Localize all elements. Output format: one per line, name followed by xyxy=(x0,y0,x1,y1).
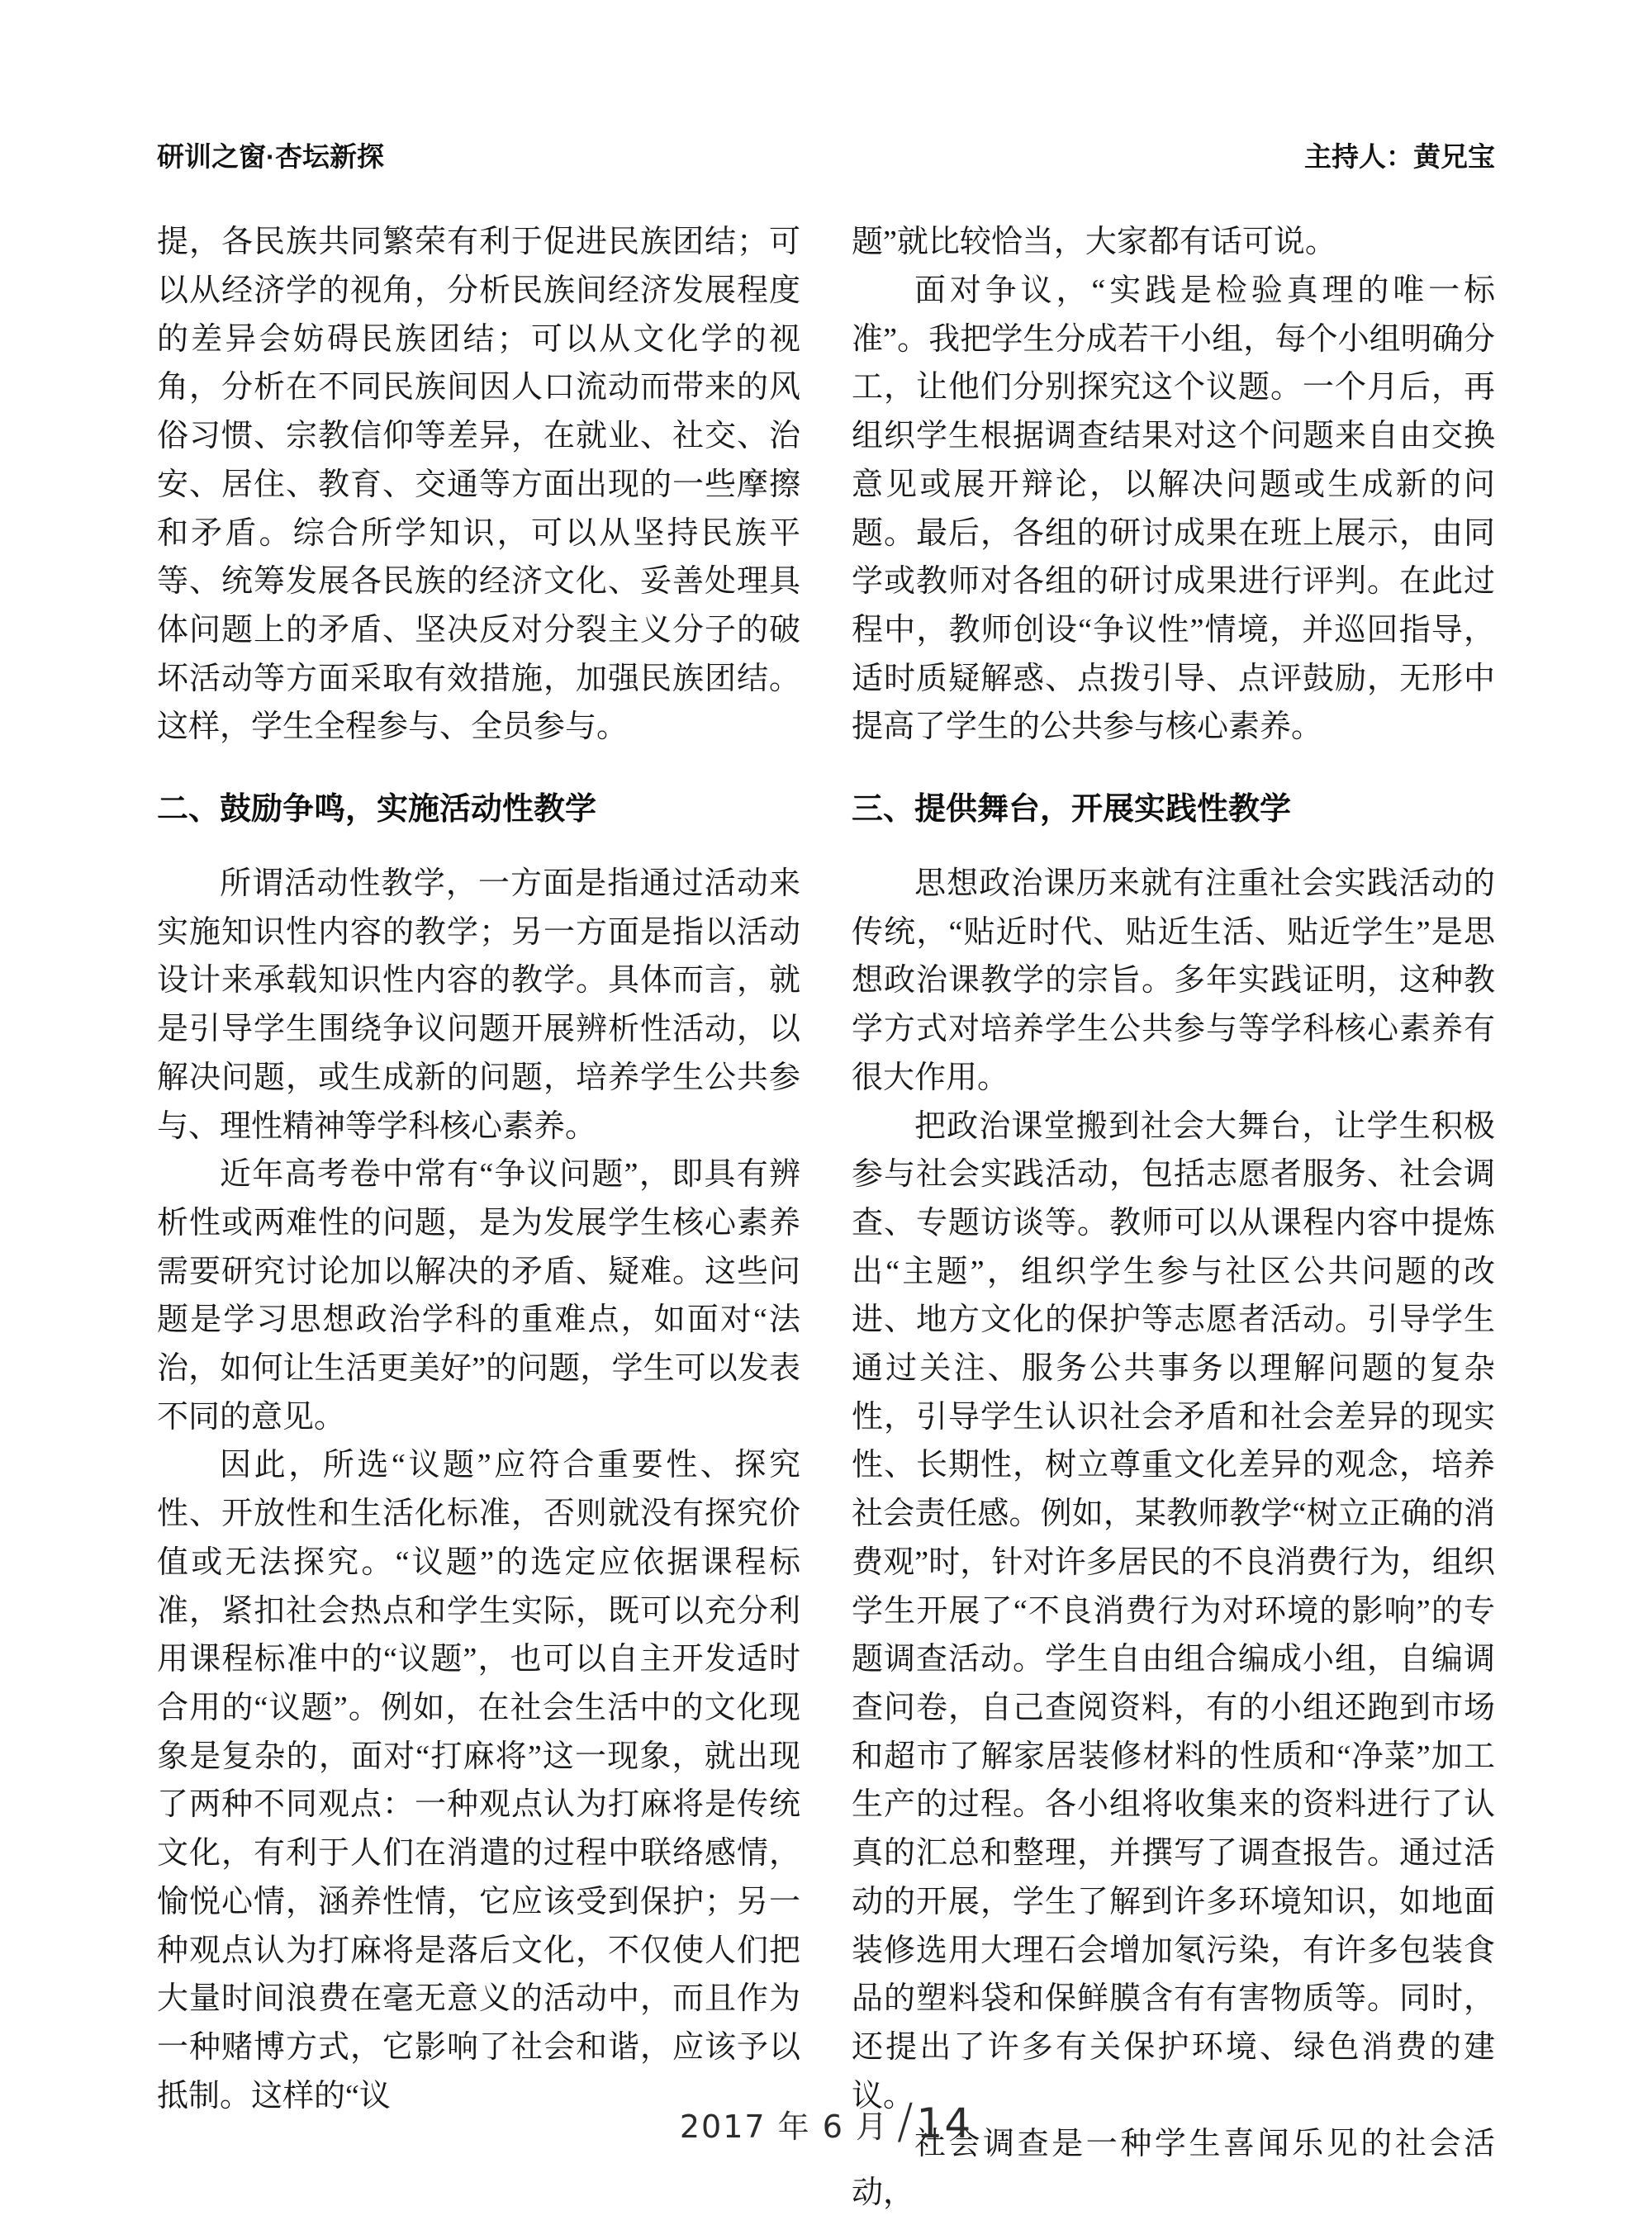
body-paragraph: 近年高考卷中常有“争议问题”，即具有辨析性或两难性的问题，是为发展学生核心素养需… xyxy=(157,1150,800,1441)
body-paragraph: 因此，所选“议题”应符合重要性、探究性、开放性和生活化标准，否则就没有探究价值或… xyxy=(157,1441,800,2120)
page-header: 研训之窗·杏坛新探 主持人：黄兄宝 xyxy=(157,142,1495,172)
body-paragraph: 面对争议，“实践是检验真理的唯一标准”。我把学生分成若干小组，每个小组明确分工，… xyxy=(852,267,1495,752)
section-heading: 二、鼓励争鸣，实施活动性教学 xyxy=(157,785,800,834)
article-body: 提，各民族共同繁荣有利于促进民族团结；可以从经济学的视角，分析民族间经济发展程度… xyxy=(157,218,1495,2217)
body-paragraph: 题”就比较恰当，大家都有话可说。 xyxy=(852,218,1495,267)
page-number: 14 xyxy=(917,2099,973,2147)
right-column: 题”就比较恰当，大家都有话可说。面对争议，“实践是检验真理的唯一标准”。我把学生… xyxy=(852,218,1495,2217)
issue-date: 2017 年 6 月 xyxy=(680,2101,889,2147)
body-paragraph: 把政治课堂搬到社会大舞台，让学生积极参与社会实践活动，包括志愿者服务、社会调查、… xyxy=(852,1103,1495,2121)
column-section-title: 研训之窗·杏坛新探 xyxy=(157,142,384,172)
host-credit: 主持人：黄兄宝 xyxy=(1304,142,1495,172)
page-footer: 2017 年 6 月 / 14 xyxy=(0,2093,1652,2149)
section-heading: 三、提供舞台，开展实践性教学 xyxy=(852,785,1495,834)
body-paragraph: 提，各民族共同繁荣有利于促进民族团结；可以从经济学的视角，分析民族间经济发展程度… xyxy=(157,218,800,752)
left-column: 提，各民族共同繁荣有利于促进民族团结；可以从经济学的视角，分析民族间经济发展程度… xyxy=(157,218,800,2217)
body-paragraph: 所谓活动性教学，一方面是指通过活动来实施知识性内容的教学；另一方面是指以活动设计… xyxy=(157,860,800,1150)
magazine-page: 研训之窗·杏坛新探 主持人：黄兄宝 提，各民族共同繁荣有利于促进民族团结；可以从… xyxy=(0,0,1652,2225)
footer-slash: / xyxy=(897,2093,915,2149)
body-paragraph: 思想政治课历来就有注重社会实践活动的传统，“贴近时代、贴近生活、贴近学生”是思想… xyxy=(852,860,1495,1103)
